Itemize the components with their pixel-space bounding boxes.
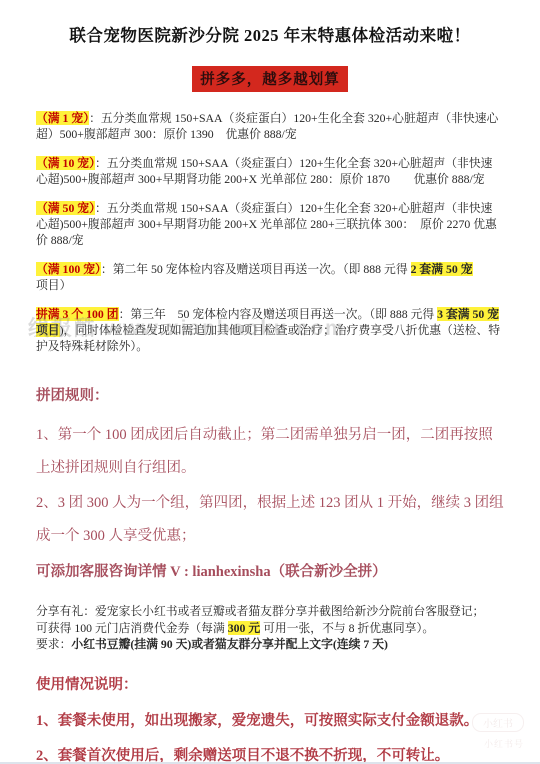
promo-banner: 拼多多，越多越划算: [192, 66, 348, 92]
offer-4-text: ：第二年 50 宠体检内容及赠送项目再送一次。（即 888 元得: [101, 262, 411, 276]
share-amount-highlight: 300 元: [228, 621, 260, 635]
wechat-contact-line: 可添加客服咨询详情 V : lianhexinsha（联合新沙全拼）: [36, 557, 504, 587]
promo-document: 联合宠物医院新沙分院 2025 年末特惠体检活动来啦！ 拼多多，越多越划算 （满…: [0, 0, 540, 764]
offer-4-text-2: 项目）: [36, 278, 71, 292]
group-rules-heading: 拼团规则：: [36, 384, 504, 405]
usage-notes-heading: 使用情况说明：: [36, 673, 504, 694]
share-line-1: 分享有礼：爱宠家长小红书或者豆瓣或者猫友群分享并截图给新沙分院前台客服登记；: [36, 603, 504, 620]
share-reward-section: 分享有礼：爱宠家长小红书或者豆瓣或者猫友群分享并截图给新沙分院前台客服登记； 可…: [36, 603, 504, 653]
usage-note-2: 2、套餐首次使用后，剩余赠送项目不退不换不折现，不可转让。: [36, 741, 504, 764]
group-rule-1: 1、第一个 100 团成团后自动截止；第二团需单独另启一团，二团再按照上述拼团规…: [36, 419, 504, 485]
usage-notes-section: 使用情况说明： 1、套餐未使用，如出现搬家，爱宠遗失，可按照实际支付金额退款。 …: [36, 673, 504, 764]
offer-3-text: ：五分类血常规 150+SAA（炎症蛋白）120+生化全套 320+心脏超声（非…: [36, 201, 497, 247]
offer-1-text: ：五分类血常规 150+SAA（炎症蛋白）120+生化全套 320+心脏超声（非…: [36, 111, 498, 141]
banner-row: 拼多多，越多越划算: [0, 66, 540, 92]
share-line-2-post: 可用一张，不与 8 折优惠同享）。: [260, 621, 434, 635]
share-requirement-text: 小红书豆瓣(挂满 90 天)或者猫友群分享并配上文字(连续 7 天): [71, 637, 388, 651]
offer-1-highlight: （满 1 宠）: [36, 111, 89, 125]
xiaohongshu-watermark: 小红书 小红书号: [472, 713, 524, 750]
group-rule-2: 2、3 团 300 人为一个组，第四团，根据上述 123 团从 1 开始，继续 …: [36, 487, 504, 553]
offer-3-highlight: （满 50 宠）: [36, 201, 95, 215]
offer-list: （满 1 宠）：五分类血常规 150+SAA（炎症蛋白）120+生化全套 320…: [36, 110, 504, 354]
xiaohongshu-id-line: 小红书号: [472, 737, 524, 750]
share-line-2: 可获得 100 元门店消费代金券（每满 300 元 可用一张，不与 8 折优惠同…: [36, 620, 504, 637]
offer-4-highlight-2: 2 套满 50 宠: [411, 262, 473, 276]
share-requirement-label: 要求：: [36, 637, 71, 651]
share-line-3: 要求：小红书豆瓣(挂满 90 天)或者猫友群分享并配上文字(连续 7 天): [36, 636, 504, 653]
xiaohongshu-badge: 小红书: [472, 713, 524, 732]
offer-4-highlight: （满 100 宠）: [36, 262, 101, 276]
offer-5-text-2: )，同时体检检查发现如需追加其他项目检查或治疗；治疗费享受八折优惠（送检、特护及…: [36, 323, 500, 353]
offer-5-text: ：第三年 50 宠体检内容及赠送项目再送一次。（即 888 元得: [119, 307, 438, 321]
offer-2-text: ：五分类血常规 150+SAA（炎症蛋白）120+生化全套 320+心脏超声（非…: [36, 156, 492, 186]
offer-item-5: 拼满 3 个 100 团：第三年 50 宠体检内容及赠送项目再送一次。（即 88…: [36, 306, 504, 354]
offer-5-highlight: 拼满 3 个 100 团: [36, 307, 119, 321]
usage-note-1: 1、套餐未使用，如出现搬家，爱宠遗失，可按照实际支付金额退款。: [36, 706, 504, 737]
group-rules-section: 拼团规则： 1、第一个 100 团成团后自动截止；第二团需单独另启一团，二团再按…: [36, 384, 504, 587]
page-title: 联合宠物医院新沙分院 2025 年末特惠体检活动来啦！: [0, 0, 540, 46]
share-line-2-pre: 可获得 100 元门店消费代金券（每满: [36, 621, 228, 635]
offer-item-4: （满 100 宠）：第二年 50 宠体检内容及赠送项目再送一次。（即 888 元…: [36, 261, 504, 293]
offer-2-highlight: （满 10 宠）: [36, 156, 95, 170]
offer-item-1: （满 1 宠）：五分类血常规 150+SAA（炎症蛋白）120+生化全套 320…: [36, 110, 504, 142]
offer-item-2: （满 10 宠）：五分类血常规 150+SAA（炎症蛋白）120+生化全套 32…: [36, 155, 504, 187]
offer-item-3: （满 50 宠）：五分类血常规 150+SAA（炎症蛋白）120+生化全套 32…: [36, 200, 504, 248]
